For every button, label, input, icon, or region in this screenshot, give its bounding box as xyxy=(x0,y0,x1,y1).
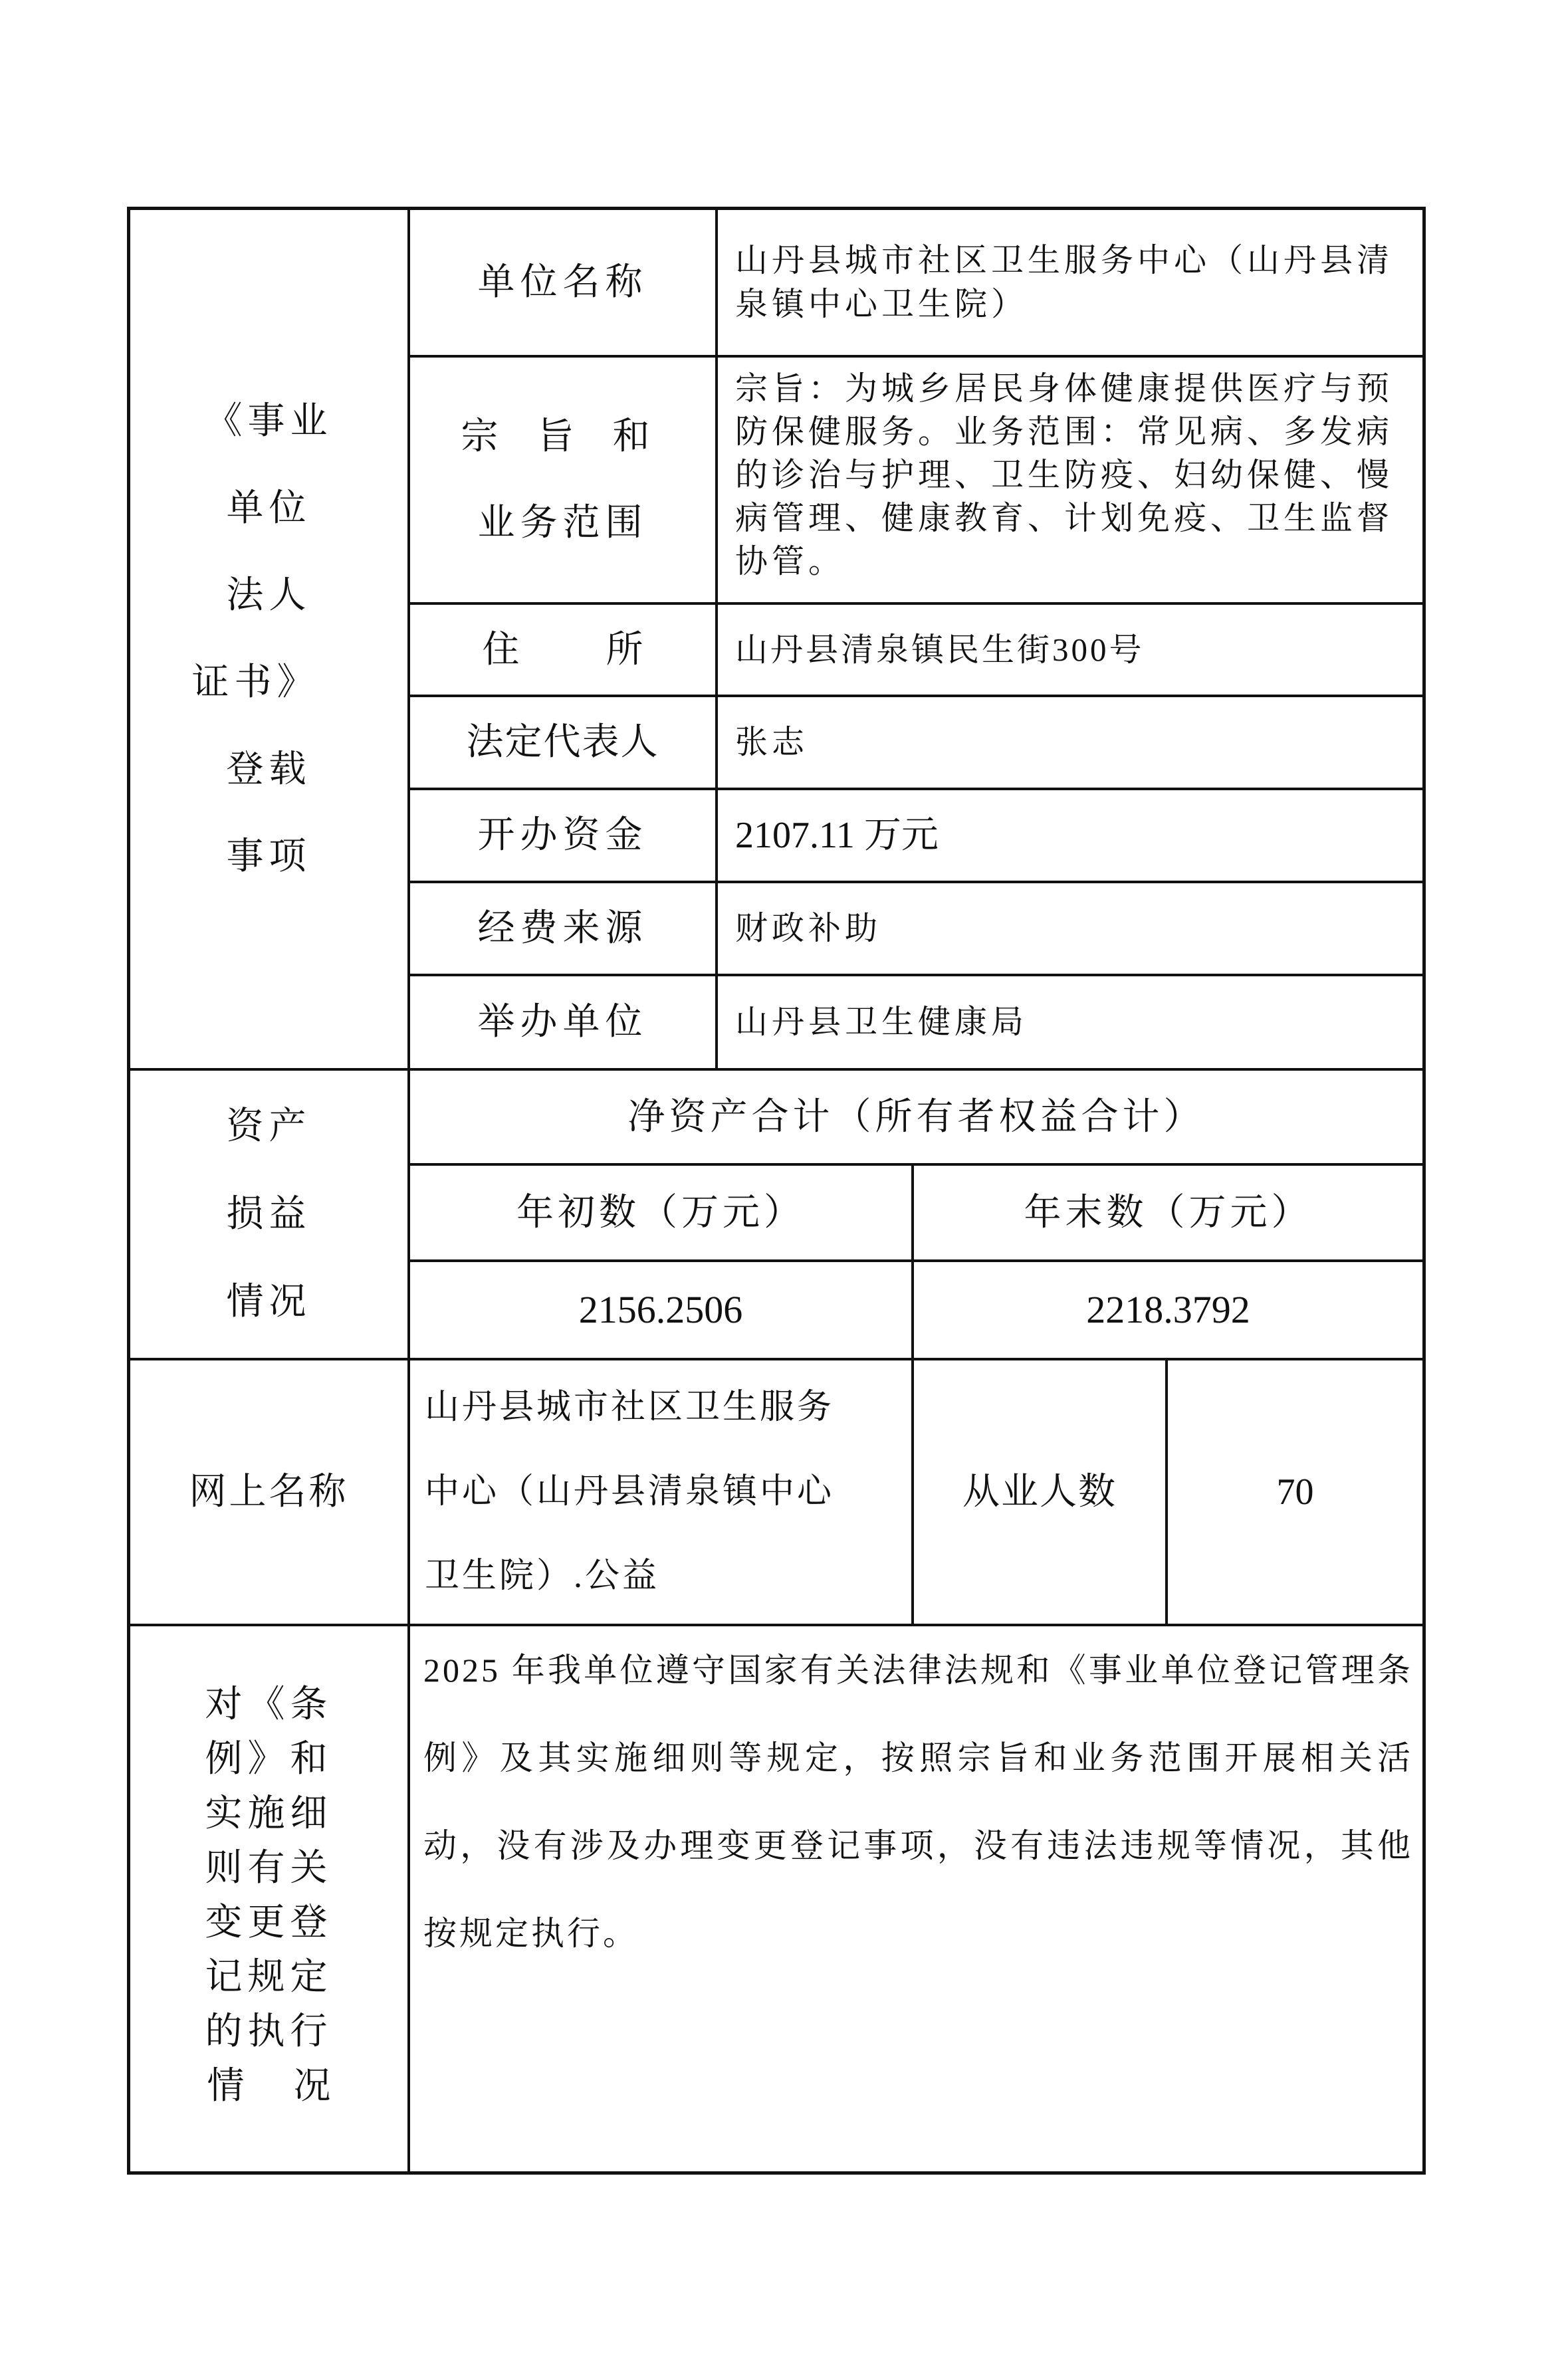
funding-source-value: 财政补助 xyxy=(718,883,1422,974)
section-label-line: 《事业 xyxy=(205,403,333,440)
value-text: 70 xyxy=(1277,1473,1314,1511)
section-label-line: 损益 xyxy=(227,1196,312,1233)
label-text: 宗 旨 和 xyxy=(461,418,665,455)
value-text: 财政补助 xyxy=(735,907,881,950)
assets-section-label: 资产 损益 情况 xyxy=(130,1071,407,1358)
value-text: 山丹县城市社区卫生服务中心（山丹县清泉镇中心卫生院） xyxy=(735,239,1412,326)
section-label-line: 情 况 xyxy=(207,2068,351,2105)
label-text: 法定代表人 xyxy=(467,724,659,761)
value-line: 山丹县城市社区卫生服务 xyxy=(425,1390,834,1425)
online-name-value: 山丹县城市社区卫生服务 中心（山丹县清泉镇中心 卫生院）.公益 xyxy=(410,1360,911,1624)
value-line: 中心（山丹县清泉镇中心 xyxy=(425,1475,834,1509)
address-value: 山丹县清泉镇民生街300号 xyxy=(718,605,1422,695)
sponsor-unit-label: 举办单位 xyxy=(410,976,715,1068)
label-text: 住所 xyxy=(483,631,730,669)
value-line: 卫生院）.公益 xyxy=(425,1559,659,1594)
label-text: 开办资金 xyxy=(478,817,648,854)
header-text: 年初数（万元） xyxy=(516,1194,805,1232)
section-label-line: 资产 xyxy=(227,1108,312,1145)
value-text: 张志 xyxy=(735,720,808,764)
registration-table: 《事业 单位 法人 证书》 登载 事项 单位名称 山丹县城市社区卫生服务中心（山… xyxy=(127,207,1426,2175)
section-label-line: 登载 xyxy=(227,751,312,788)
section-label-line: 记规定 xyxy=(205,1959,333,1996)
section-label-line: 情况 xyxy=(227,1283,312,1321)
address-label: 住所 xyxy=(410,605,715,695)
section-label-line: 实施细 xyxy=(205,1795,333,1832)
staff-count-label: 从业人数 xyxy=(914,1360,1165,1624)
start-up-capital-value: 2107.11 万元 xyxy=(718,790,1422,881)
unit-name-label: 单位名称 xyxy=(410,210,715,355)
purpose-scope-value: 宗旨：为城乡居民身体健康提供医疗与预防保健服务。业务范围：常见病、多发病的诊治与… xyxy=(718,358,1422,602)
beginning-of-year-header: 年初数（万元） xyxy=(410,1166,911,1259)
section-label-line: 证书》 xyxy=(192,664,320,701)
label-text: 网上名称 xyxy=(189,1473,349,1511)
net-assets-header: 净资产合计（所有者权益合计） xyxy=(410,1071,1422,1163)
value-text: 2156.2506 xyxy=(579,1291,743,1329)
unit-name-value: 山丹县城市社区卫生服务中心（山丹县清泉镇中心卫生院） xyxy=(718,210,1422,355)
section-label-line: 对《条 xyxy=(205,1686,333,1723)
staff-count-value: 70 xyxy=(1168,1360,1422,1624)
label-text: 业务范围 xyxy=(478,504,648,542)
label-text: 经费来源 xyxy=(478,910,648,947)
value-text: 宗旨：为城乡居民身体健康提供医疗与预防保健服务。业务范围：常见病、多发病的诊治与… xyxy=(735,367,1412,583)
beginning-of-year-value: 2156.2506 xyxy=(410,1262,911,1358)
purpose-scope-label: 宗 旨 和 业务范围 xyxy=(410,358,715,602)
value-text: 2107.11 万元 xyxy=(735,813,939,857)
label-text: 举办单位 xyxy=(478,1004,648,1041)
end-of-year-value: 2218.3792 xyxy=(914,1262,1422,1358)
header-text: 净资产合计（所有者权益合计） xyxy=(628,1099,1205,1136)
compliance-text: 2025 年我单位遵守国家有关法律法规和《事业单位登记管理条例》及其实施细则等规… xyxy=(410,1626,1422,2171)
value-text: 2218.3792 xyxy=(1086,1291,1250,1329)
compliance-section-label: 对《条 例》和 实施细 则有关 变更登 记规定 的执行 情 况 xyxy=(130,1626,407,2171)
start-up-capital-label: 开办资金 xyxy=(410,790,715,881)
label-text: 单位名称 xyxy=(478,264,648,301)
section-label-line: 单位 xyxy=(227,490,312,527)
value-text: 山丹县清泉镇民生街300号 xyxy=(735,628,1145,672)
end-of-year-header: 年末数（万元） xyxy=(914,1166,1422,1259)
value-text: 山丹县卫生健康局 xyxy=(735,1000,1028,1044)
section-label-line: 则有关 xyxy=(205,1850,333,1887)
section-label-line: 法人 xyxy=(227,577,312,614)
section-label-line: 变更登 xyxy=(205,1904,333,1941)
online-name-label: 网上名称 xyxy=(130,1360,407,1624)
funding-source-label: 经费来源 xyxy=(410,883,715,974)
legal-representative-label: 法定代表人 xyxy=(410,697,715,788)
header-text: 年末数（万元） xyxy=(1024,1194,1313,1232)
sponsor-unit-value: 山丹县卫生健康局 xyxy=(718,976,1422,1068)
section-label-line: 的执行 xyxy=(205,2013,333,2050)
section-label-line: 事项 xyxy=(227,838,312,875)
paragraph-text: 2025 年我单位遵守国家有关法律法规和《事业单位登记管理条例》及其实施细则等规… xyxy=(423,1626,1413,1977)
legal-representative-value: 张志 xyxy=(718,697,1422,788)
report-page: 《事业 单位 法人 证书》 登载 事项 单位名称 山丹县城市社区卫生服务中心（山… xyxy=(0,0,1566,2380)
section-label-line: 例》和 xyxy=(205,1741,333,1778)
label-text: 从业人数 xyxy=(962,1473,1117,1511)
registration-section-label: 《事业 单位 法人 证书》 登载 事项 xyxy=(130,210,407,1068)
